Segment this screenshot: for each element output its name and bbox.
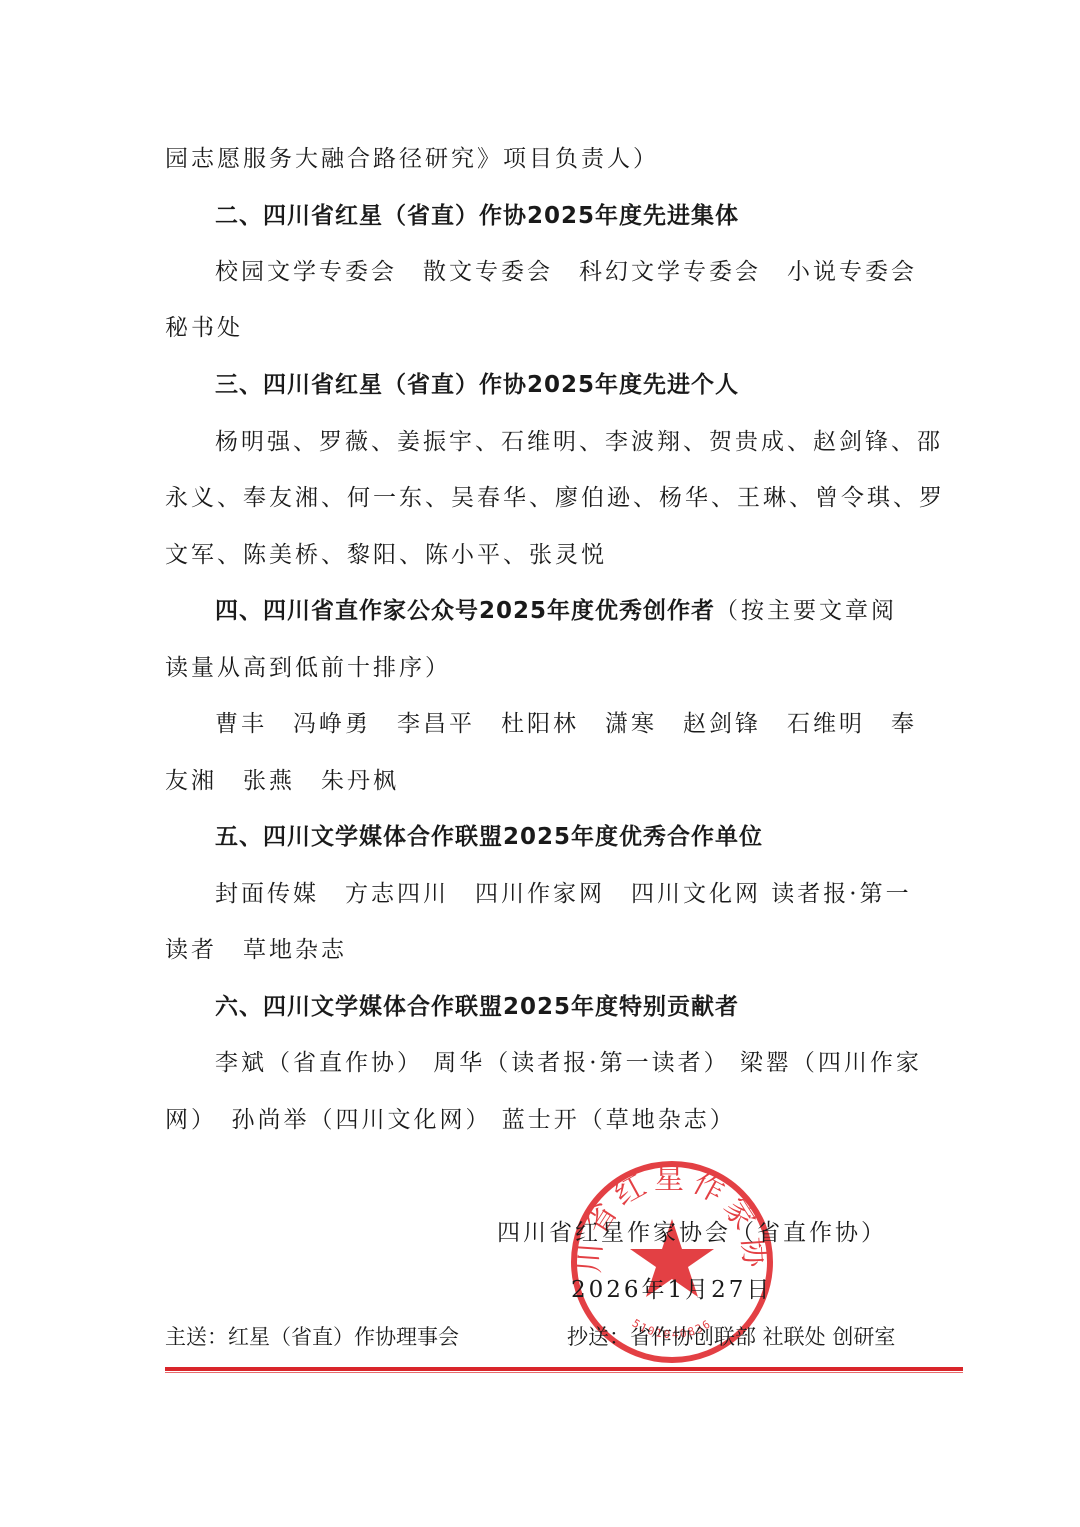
body-line: 友湘 张燕 朱丹枫 — [165, 766, 925, 796]
body-line: 永义、奉友湘、何一东、吴春华、廖伯逊、杨华、王琳、曾令琪、罗 — [165, 483, 925, 513]
document-page: 园志愿服务大融合路径研究》项目负责人） 二、四川省红星（省直）作协2025年度先… — [0, 0, 1080, 1527]
body-line: 曹丰 冯峥勇 李昌平 杜阳林 潇寒 赵剑锋 石维明 奉 — [215, 709, 975, 739]
section-heading-4-row: 四、四川省直作家公众号2025年度优秀创作者（按主要文章阅 — [215, 596, 975, 626]
footer-main-send: 主送：红星（省直）作协理事会 — [165, 1323, 459, 1351]
section-heading-4: 四、四川省直作家公众号2025年度优秀创作者 — [215, 598, 715, 624]
body-line: 杨明强、罗薇、姜振宇、石维明、李波翔、贺贵成、赵剑锋、邵 — [215, 427, 975, 457]
body-line: 秘书处 — [165, 313, 925, 343]
body-line: 文军、陈美桥、黎阳、陈小平、张灵悦 — [165, 540, 925, 570]
section-heading-4-note: （按主要文章阅 — [715, 598, 897, 624]
section-heading-6: 六、四川文学媒体合作联盟2025年度特别贡献者 — [215, 992, 975, 1022]
body-line: 校园文学专委会 散文专委会 科幻文学专委会 小说专委会 — [215, 257, 975, 287]
body-line: 读者 草地杂志 — [165, 935, 925, 965]
body-line: 网） 孙尚举（四川文化网） 蓝士开（草地杂志） — [165, 1105, 925, 1135]
footer-divider — [165, 1367, 963, 1371]
body-line: 园志愿服务大融合路径研究》项目负责人） — [165, 144, 925, 174]
section-heading-5: 五、四川文学媒体合作联盟2025年度优秀合作单位 — [215, 822, 975, 852]
body-line: 读量从高到低前十排序） — [165, 653, 925, 683]
signature-organization: 四川省红星作家协会（省直作协） — [497, 1218, 887, 1248]
footer-copy-send: 抄送：省作协创联部 社联处 创研室 — [567, 1323, 895, 1351]
footer-divider-shadow — [165, 1372, 963, 1373]
body-line: 李斌（省直作协） 周华（读者报·第一读者） 梁罂（四川作家 — [215, 1048, 975, 1078]
section-heading-3: 三、四川省红星（省直）作协2025年度先进个人 — [215, 370, 975, 400]
body-line: 封面传媒 方志四川 四川作家网 四川文化网 读者报·第一 — [215, 879, 975, 909]
section-heading-2: 二、四川省红星（省直）作协2025年度先进集体 — [215, 201, 975, 231]
signature-date: 2026年1月27日 — [571, 1275, 772, 1305]
